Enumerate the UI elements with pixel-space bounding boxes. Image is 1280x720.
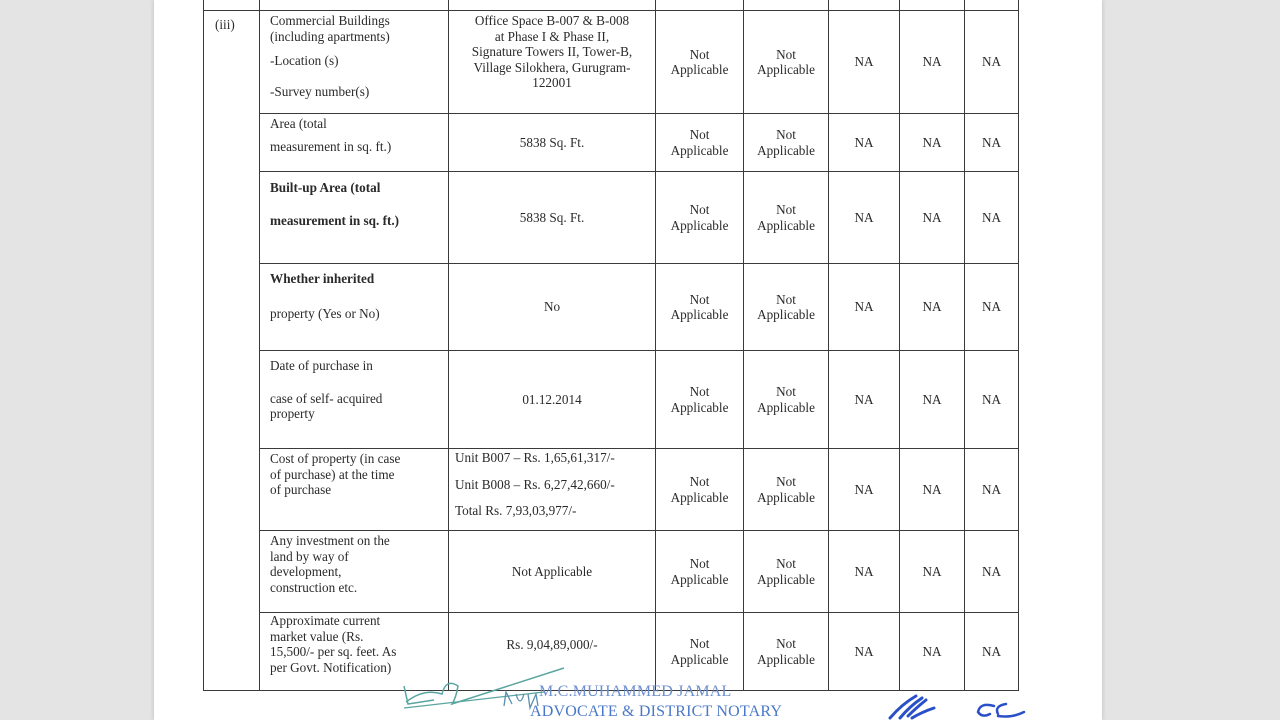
dependent2-value: NA	[829, 449, 900, 531]
dependent4-value: NA	[965, 264, 1019, 351]
table-row: Date of purchase in case of self- acquir…	[204, 351, 1019, 449]
row-value: 01.12.2014	[449, 351, 656, 449]
dependent1-value: NotApplicable	[744, 11, 829, 114]
dependent4-value: NA	[965, 114, 1019, 172]
row-value: Office Space B-007 & B-008 at Phase I & …	[449, 11, 656, 114]
dependent1-value: NotApplicable	[744, 114, 829, 172]
row-label: Any investment on the land by way of dev…	[260, 531, 449, 613]
dependent2-value: NA	[829, 613, 900, 691]
dependent3-value: NA	[900, 351, 965, 449]
spouse-value: NotApplicable	[656, 11, 744, 114]
spouse-value: NotApplicable	[656, 449, 744, 531]
dependent3-value: NA	[900, 264, 965, 351]
dependent2-value: NA	[829, 172, 900, 264]
notary-stamp-title: ADVOCATE & DISTRICT NOTARY	[530, 703, 782, 720]
section-number-cell: (iii)	[204, 11, 260, 691]
row-label: Cost of property (in case of purchase) a…	[260, 449, 449, 531]
cost-total: Total Rs. 7,93,03,977/-	[449, 503, 655, 519]
spouse-value: NotApplicable	[656, 351, 744, 449]
row-label: Date of purchase in case of self- acquir…	[260, 351, 449, 449]
table-row: (iii) Commercial Buildings (including ap…	[204, 11, 1019, 114]
row-value: Not Applicable	[449, 531, 656, 613]
dependent2-value: NA	[829, 351, 900, 449]
dependent3-value: NA	[900, 449, 965, 531]
dependent2-value: NA	[829, 531, 900, 613]
table-row: Any investment on the land by way of dev…	[204, 531, 1019, 613]
cost-unit-b008: Unit B008 – Rs. 6,27,42,660/-	[449, 477, 655, 493]
dependent4-value: NA	[965, 351, 1019, 449]
dependent4-value: NA	[965, 172, 1019, 264]
dependent3-value: NA	[900, 172, 965, 264]
row-label: Commercial Buildings (including apartmen…	[260, 11, 449, 114]
pen-signature-icon	[882, 686, 1032, 720]
row-label: Area (total measurement in sq. ft.)	[260, 114, 449, 172]
spouse-value: NotApplicable	[656, 613, 744, 691]
dependent4-value: NA	[965, 449, 1019, 531]
table-row: Built-up Area (total measurement in sq. …	[204, 172, 1019, 264]
row-label: Whether inherited property (Yes or No)	[260, 264, 449, 351]
dependent3-value: NA	[900, 114, 965, 172]
dependent4-value: NA	[965, 11, 1019, 114]
spouse-value: NotApplicable	[656, 172, 744, 264]
notary-stamp-name: M.C.MUHAMMED JAMAL	[539, 683, 732, 701]
dependent4-value: NA	[965, 531, 1019, 613]
property-declaration-table: (iii) Commercial Buildings (including ap…	[203, 0, 1019, 691]
dependent1-value: NotApplicable	[744, 351, 829, 449]
table-row-header-remnant	[204, 0, 1019, 11]
row-value: 5838 Sq. Ft.	[449, 114, 656, 172]
dependent2-value: NA	[829, 114, 900, 172]
table-row: Area (total measurement in sq. ft.) 5838…	[204, 114, 1019, 172]
row-label: Built-up Area (total measurement in sq. …	[260, 172, 449, 264]
row-value: No	[449, 264, 656, 351]
dependent1-value: NotApplicable	[744, 613, 829, 691]
row-value: Unit B007 – Rs. 1,65,61,317/- Unit B008 …	[449, 449, 656, 531]
dependent4-value: NA	[965, 613, 1019, 691]
row-value: 5838 Sq. Ft.	[449, 172, 656, 264]
spouse-value: NotApplicable	[656, 531, 744, 613]
section-number: (iii)	[204, 11, 259, 33]
dependent1-value: NotApplicable	[744, 172, 829, 264]
document-page: (iii) Commercial Buildings (including ap…	[154, 0, 1102, 720]
spouse-value: NotApplicable	[656, 264, 744, 351]
dependent2-value: NA	[829, 264, 900, 351]
dependent2-value: NA	[829, 11, 900, 114]
dependent1-value: NotApplicable	[744, 264, 829, 351]
cost-unit-b007: Unit B007 – Rs. 1,65,61,317/-	[449, 450, 655, 466]
dependent1-value: NotApplicable	[744, 449, 829, 531]
dependent1-value: NotApplicable	[744, 531, 829, 613]
spouse-value: NotApplicable	[656, 114, 744, 172]
table-row: Cost of property (in case of purchase) a…	[204, 449, 1019, 531]
dependent3-value: NA	[900, 11, 965, 114]
table-row: Whether inherited property (Yes or No) N…	[204, 264, 1019, 351]
dependent3-value: NA	[900, 531, 965, 613]
dependent3-value: NA	[900, 613, 965, 691]
